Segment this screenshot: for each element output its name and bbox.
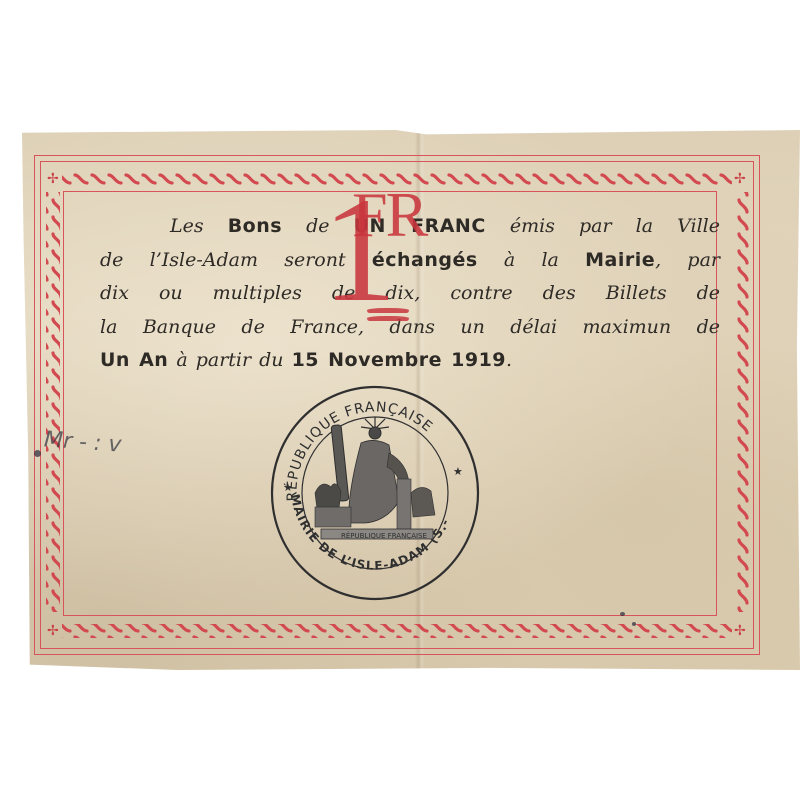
text-run: . bbox=[506, 349, 512, 371]
fleuron-icon: ✢ bbox=[734, 172, 746, 186]
text-run: dix ou multiples de dix, contre des Bill… bbox=[100, 282, 720, 304]
denomination-underline bbox=[367, 308, 409, 324]
text-line: dix ou multiples de dix, contre des Bill… bbox=[100, 277, 720, 311]
handwritten-mark: Mr - : v bbox=[43, 427, 122, 457]
text-line: la Banque de France, dans un délai maxim… bbox=[100, 311, 720, 345]
text-run: émis par la Ville bbox=[486, 215, 720, 237]
seal-inner-text: RÉPUBLIQUE FRANÇAISE bbox=[341, 531, 427, 540]
text-line: Un An à partir du 15 Novembre 1919. bbox=[100, 344, 720, 378]
ink-spot bbox=[620, 612, 625, 616]
denomination-unit: FR bbox=[352, 180, 426, 250]
banknote: ✢ ✢ ✢ ✢ Les Bons de UN FRANC émis par la… bbox=[22, 130, 800, 670]
text-run: à la bbox=[478, 249, 585, 271]
text-run-bold: Bons bbox=[228, 215, 282, 237]
text-run: la Banque de France, dans un délai maxim… bbox=[100, 316, 720, 338]
fleuron-icon: ✢ bbox=[47, 624, 59, 638]
fleuron-icon: ✢ bbox=[734, 624, 746, 638]
text-run-bold: 15 Novembre 1919 bbox=[292, 349, 506, 371]
text-run: , par bbox=[655, 249, 720, 271]
municipal-seal: RÉPUBLIQUE FRANÇAISE MAIRIE DE L’ISLE-AD… bbox=[269, 383, 481, 601]
ink-spot bbox=[632, 622, 636, 626]
text-run-bold: Mairie bbox=[585, 249, 655, 271]
fleuron-icon: ✢ bbox=[47, 172, 59, 186]
seated-marianne-with-radiant-crown-icon: RÉPUBLIQUE FRANÇAISE bbox=[315, 417, 435, 540]
ink-spot bbox=[34, 450, 41, 457]
svg-text:★: ★ bbox=[453, 465, 463, 478]
text-run: à partir du bbox=[168, 349, 291, 371]
text-run-bold: Un An bbox=[100, 349, 168, 371]
svg-text:★: ★ bbox=[283, 481, 293, 494]
text-run: Les bbox=[170, 215, 228, 237]
